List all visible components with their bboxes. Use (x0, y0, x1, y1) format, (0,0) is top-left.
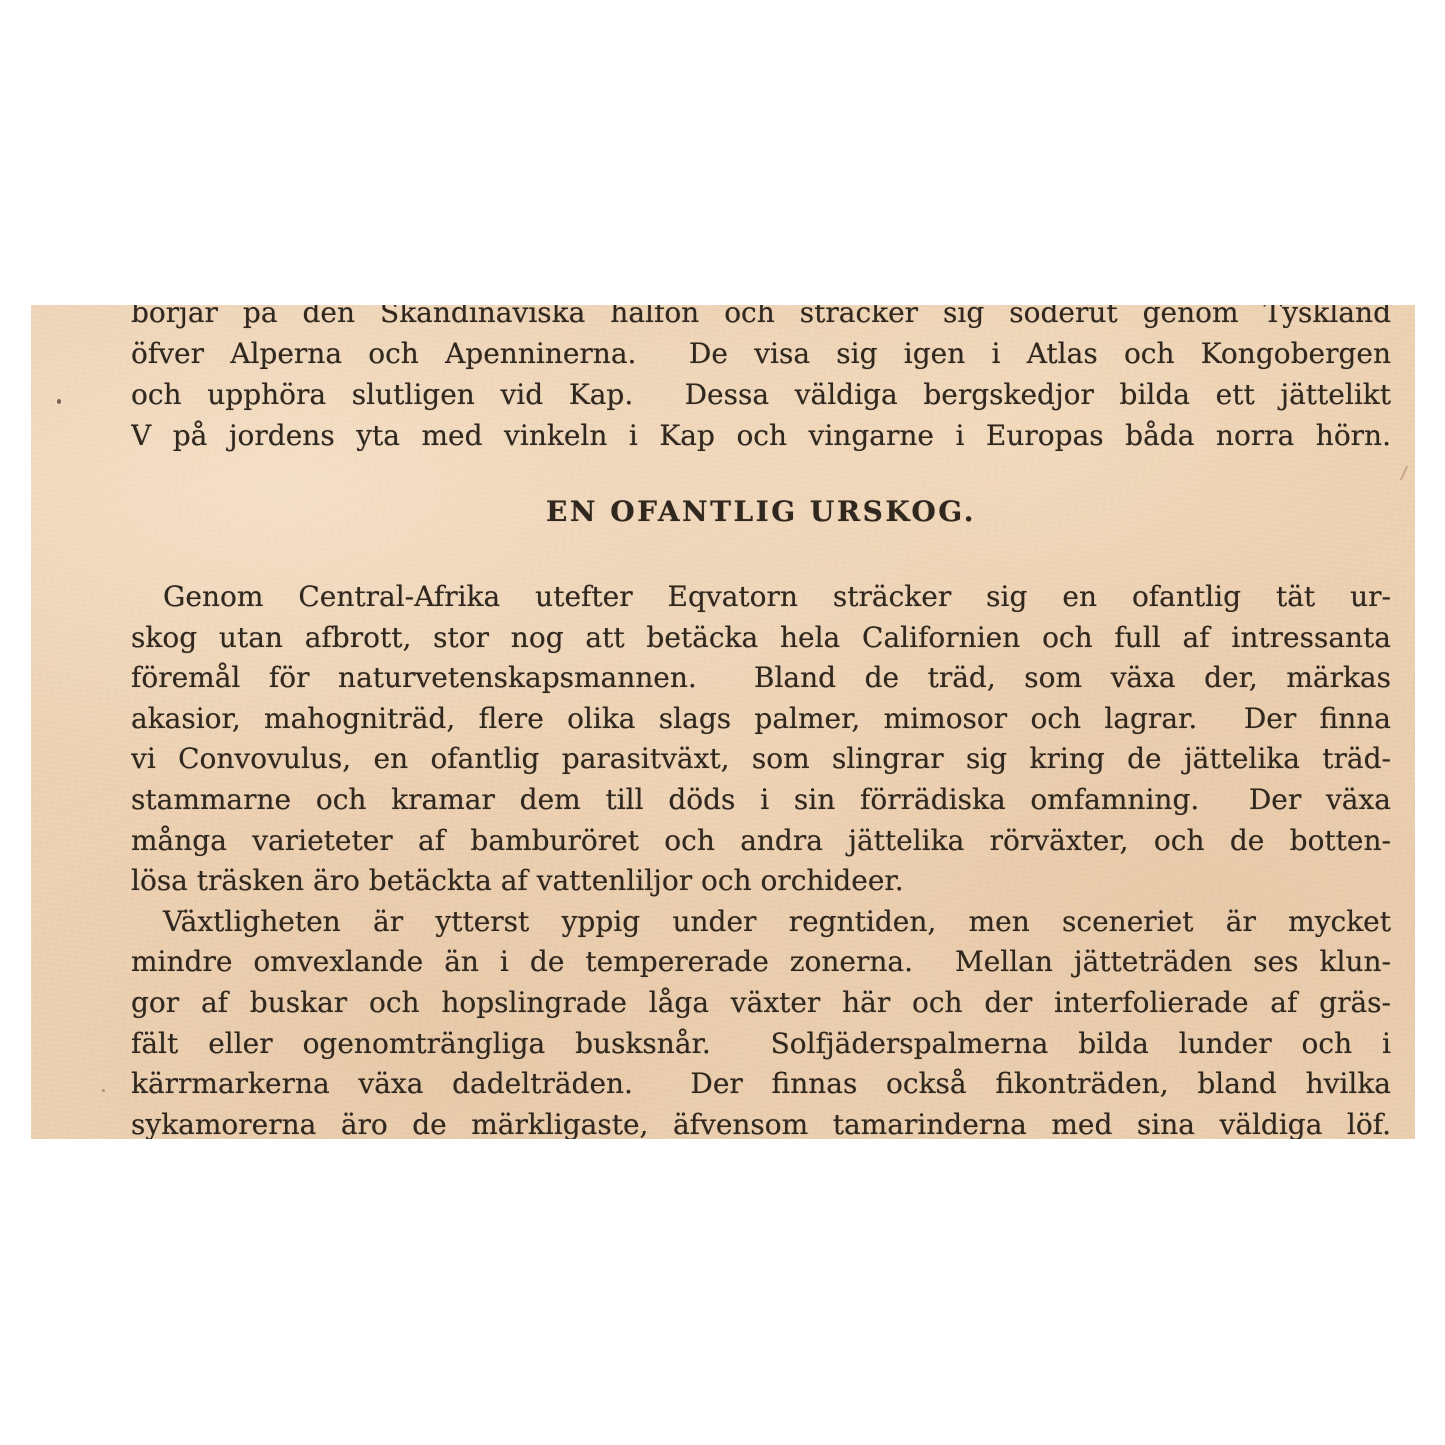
text-line: stammarne och kramar dem till döds i sin… (131, 780, 1391, 821)
text-line: föremål för naturvetenskapsmannen. Bland… (131, 658, 1391, 699)
text-line: vi Convovulus, en ofantlig parasitväxt, … (131, 739, 1391, 780)
text-line: fält eller ogenomträngliga busksnår. Sol… (131, 1024, 1391, 1065)
text-line: Genom Central-Afrika utefter Eqvatorn st… (131, 577, 1391, 618)
section-heading: EN OFANTLIG URSKOG. (131, 491, 1391, 532)
scan-white-margin: börjar på den Skandinaviska halfön och s… (0, 0, 1445, 1445)
text-line: börjar på den Skandinaviska halfön och s… (131, 305, 1391, 333)
text-line: mindre omvexlande än i de tempererade zo… (131, 942, 1391, 983)
text-column: börjar på den Skandinaviska halfön och s… (131, 305, 1391, 1139)
text-line: gor af buskar och hopslingrade låga växt… (131, 983, 1391, 1024)
text-line: akasior, mahogniträd, flere olika slags … (131, 699, 1391, 740)
paper-speck (102, 1089, 105, 1092)
paper-fiber (1400, 465, 1409, 480)
text-line: Växtligheten är ytterst yppig under regn… (131, 902, 1391, 943)
book-page: börjar på den Skandinaviska halfön och s… (31, 305, 1415, 1139)
paragraph-vaxtlighet: Växtligheten är ytterst yppig under regn… (131, 902, 1391, 1139)
text-line: lösa träsken äro betäckta af vattenliljo… (131, 861, 1391, 902)
text-line: och upphöra slutligen vid Kap. Dessa väl… (131, 374, 1391, 415)
text-line: V på jordens yta med vinkeln i Kap och v… (131, 415, 1391, 456)
text-line: skog utan afbrott, stor nog att betäcka … (131, 618, 1391, 659)
text-line: öfver Alperna och Apenninerna. De visa s… (131, 333, 1391, 374)
paragraph-urskog: Genom Central-Afrika utefter Eqvatorn st… (131, 577, 1391, 902)
clipped-top-paragraph: börjar på den Skandinaviska halfön och s… (131, 305, 1391, 456)
text-line: många varieteter af bamburöret och andra… (131, 821, 1391, 862)
text-line: sykamorerna äro de märkligaste, äfvensom… (131, 1105, 1391, 1139)
text-line: kärrmarkerna växa dadelträden. Der finna… (131, 1064, 1391, 1105)
paper-speck (57, 399, 61, 404)
